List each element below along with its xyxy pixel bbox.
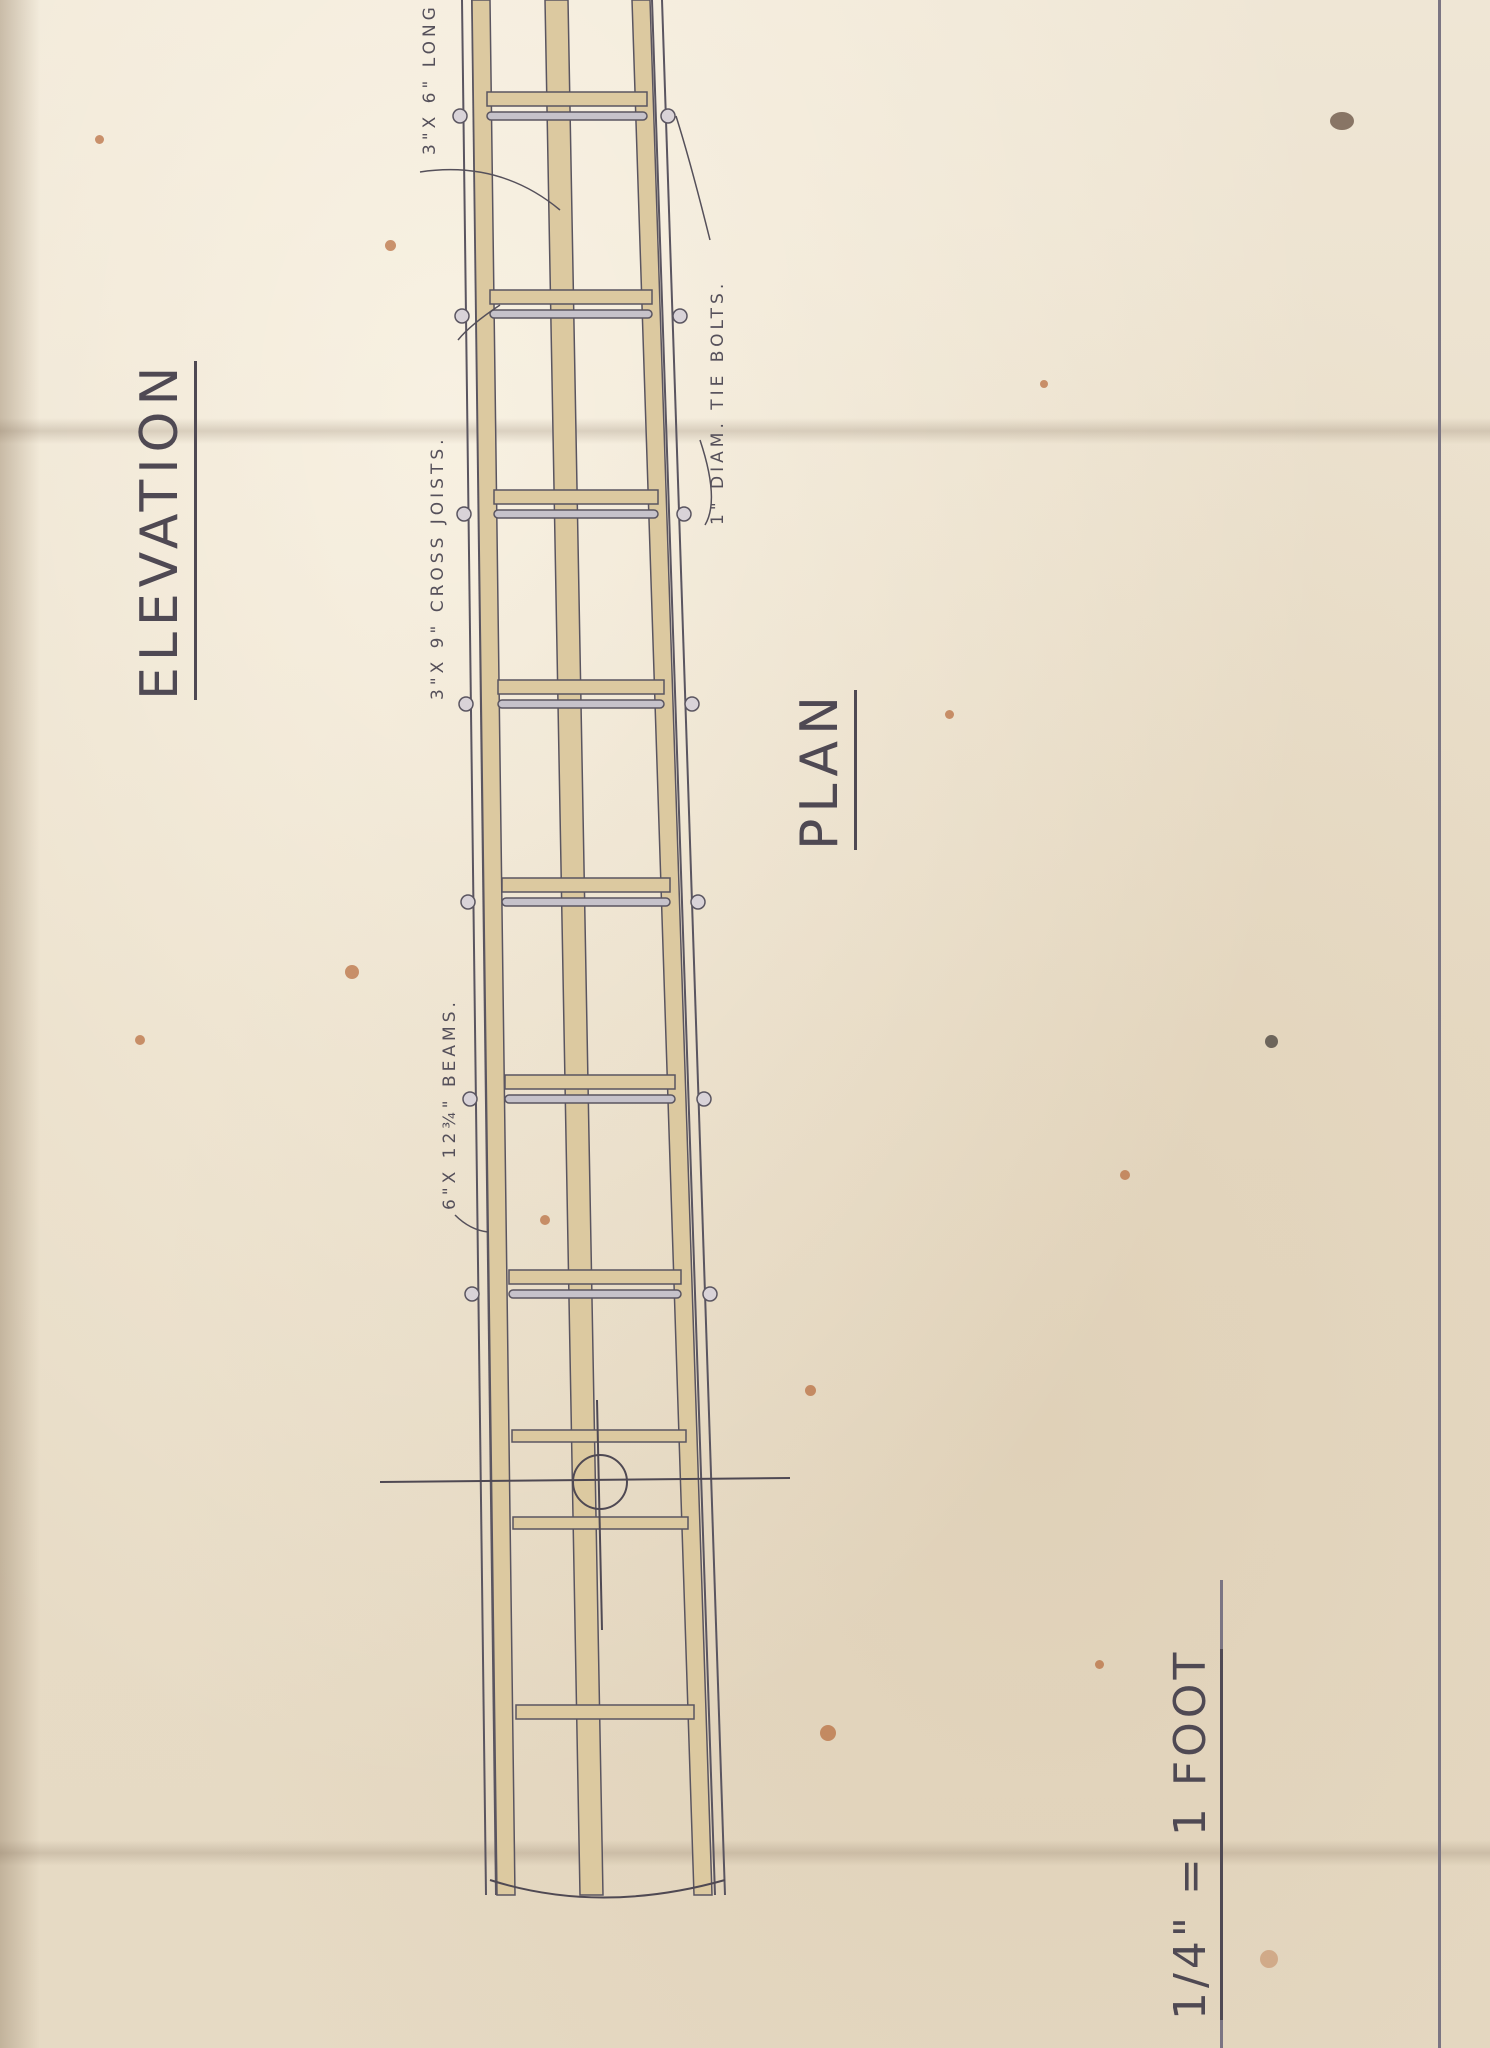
plan-heading: PLAN (790, 690, 857, 850)
scale-label: 1/4" = 1 FOOT (1165, 1649, 1223, 2020)
plan-drawing (0, 0, 1490, 2048)
rust-spot (1120, 1170, 1130, 1180)
ink-blot (1330, 112, 1354, 130)
rust-spot (540, 1215, 550, 1225)
rust-spot (385, 240, 396, 251)
rust-spot (820, 1725, 836, 1741)
rust-spot (95, 135, 104, 144)
rust-spot (1095, 1660, 1104, 1669)
tie-bolts-annotation: 1" DIAM. TIE BOLTS. (708, 280, 728, 525)
ink-blot (1265, 1035, 1278, 1048)
rust-spot (345, 965, 359, 979)
long-annotation: 3"X 6" LONG (420, 3, 440, 155)
rust-spot (1260, 1950, 1278, 1968)
elevation-heading: ELEVATION (130, 361, 197, 700)
rust-spot (1040, 380, 1048, 388)
cross-joists-annotation: 3"X 9" CROSS JOISTS. (428, 435, 448, 700)
beams-annotation: 6"X 12¾" BEAMS. (440, 998, 460, 1210)
rust-spot (805, 1385, 816, 1396)
rust-spot (135, 1035, 145, 1045)
rust-spot (945, 710, 954, 719)
